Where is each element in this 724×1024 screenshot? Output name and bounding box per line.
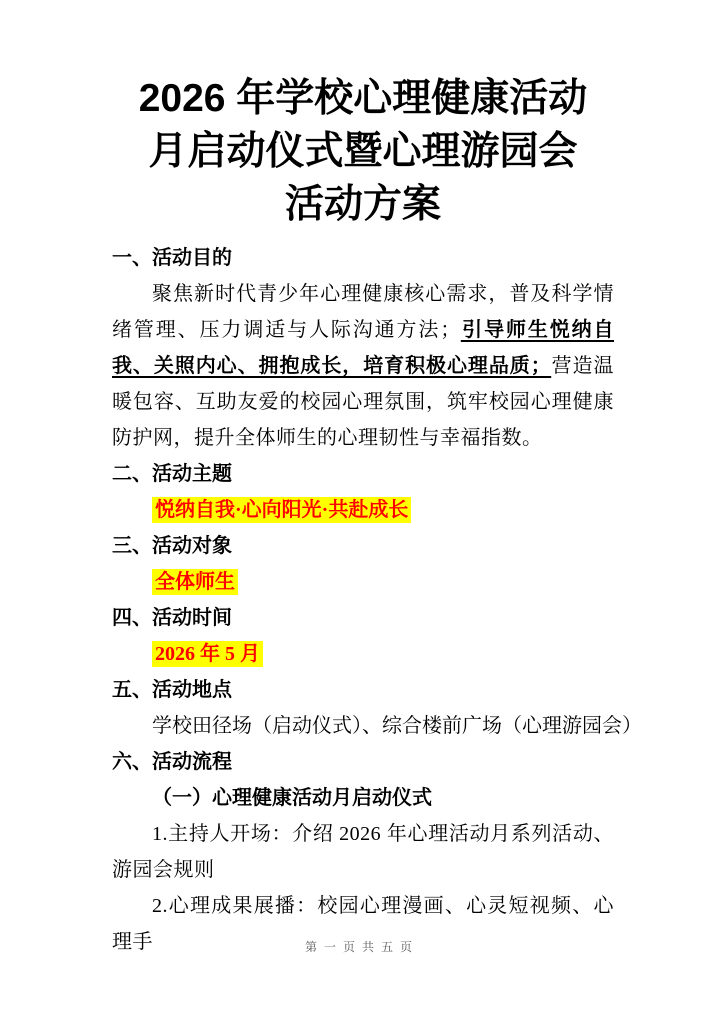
title-line-3: 活动方案 bbox=[112, 178, 614, 231]
title-line-2: 月启动仪式暨心理游园会 bbox=[112, 125, 614, 178]
location-paragraph: 学校田径场（启动仪式）、综合楼前广场（心理游园会） bbox=[112, 708, 614, 744]
time-highlight-line: 2026 年 5 月 bbox=[112, 636, 614, 672]
document-page: 2026 年学校心理健康活动 月启动仪式暨心理游园会 活动方案 一、活动目的 聚… bbox=[0, 0, 724, 1024]
heading-purpose: 一、活动目的 bbox=[112, 240, 614, 276]
purpose-paragraph: 聚焦新时代青少年心理健康核心需求，普及科学情绪管理、压力调适与人际沟通方法；引导… bbox=[112, 276, 614, 456]
time-highlight: 2026 年 5 月 bbox=[152, 641, 263, 667]
document-title: 2026 年学校心理健康活动 月启动仪式暨心理游园会 活动方案 bbox=[112, 72, 614, 231]
heading-location: 五、活动地点 bbox=[112, 672, 614, 708]
title-line-1: 2026 年学校心理健康活动 bbox=[112, 72, 614, 125]
audience-highlight-line: 全体师生 bbox=[112, 564, 614, 600]
heading-time: 四、活动时间 bbox=[112, 600, 614, 636]
heading-audience: 三、活动对象 bbox=[112, 528, 614, 564]
process-item-1: 1.主持人开场：介绍 2026 年心理活动月系列活动、游园会规则 bbox=[112, 816, 614, 888]
process-subheading: （一）心理健康活动月启动仪式 bbox=[112, 780, 614, 816]
audience-highlight: 全体师生 bbox=[152, 569, 238, 595]
document-content: 2026 年学校心理健康活动 月启动仪式暨心理游园会 活动方案 一、活动目的 聚… bbox=[112, 72, 614, 960]
page-number: 第一页共五页 bbox=[0, 938, 724, 955]
theme-highlight-line: 悦纳自我·心向阳光·共赴成长 bbox=[112, 492, 614, 528]
theme-highlight: 悦纳自我·心向阳光·共赴成长 bbox=[152, 497, 411, 523]
heading-theme: 二、活动主题 bbox=[112, 456, 614, 492]
heading-process: 六、活动流程 bbox=[112, 744, 614, 780]
